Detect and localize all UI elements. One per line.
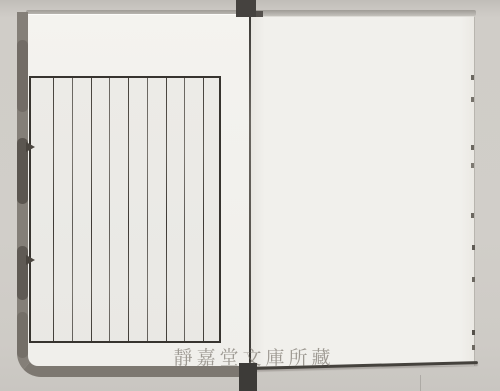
background-artifact [420, 375, 421, 391]
page-edge-blotch [17, 40, 28, 112]
binding-stitch [26, 142, 35, 152]
ruled-grid-frame [29, 76, 221, 343]
rule-line [203, 78, 204, 341]
rule-line [53, 78, 54, 341]
rule-line [147, 78, 148, 341]
edge-stitch-marks [471, 75, 474, 80]
rule-line [72, 78, 73, 341]
book-scan: 靜嘉堂文庫所藏 [0, 0, 500, 391]
rule-line [109, 78, 110, 341]
spine-tab-top [236, 0, 256, 17]
rule-line [166, 78, 167, 341]
binding-stitch [26, 255, 35, 265]
rule-line [184, 78, 185, 341]
spine-tab-bottom [239, 363, 257, 391]
spine-fold [249, 17, 251, 366]
right-page [251, 16, 475, 366]
page-edge-blotch [17, 312, 28, 358]
rule-line [91, 78, 92, 341]
rule-line [128, 78, 129, 341]
